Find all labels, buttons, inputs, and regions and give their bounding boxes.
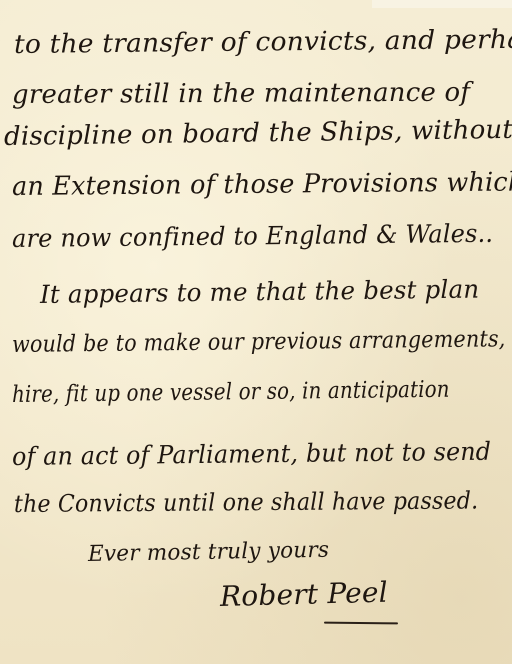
letter-line-10: the Convicts until one shall have passed…: [14, 486, 478, 518]
letter-line-7: would be to make our previous arrangemen…: [12, 326, 506, 358]
letter-line-2: greater still in the maintenance of: [12, 78, 470, 110]
letter-page: to the transfer of convicts, and perhaps…: [0, 0, 512, 664]
signature-underline: [324, 622, 398, 625]
letter-line-3: discipline on board the Ships, without: [4, 115, 512, 152]
letter-line-6: It appears to me that the best plan: [40, 275, 480, 309]
letter-line-9: of an act of Parliament, but not to send: [12, 437, 491, 471]
letter-closing: Ever most truly yours: [88, 538, 330, 567]
letter-line-1: to the transfer of convicts, and perhaps: [14, 24, 512, 60]
letter-line-8: hire, fit up one vessel or so, in antici…: [12, 377, 450, 408]
letter-line-4: an Extension of those Provisions which: [12, 167, 512, 202]
signature: Robert Peel: [220, 576, 389, 613]
letter-line-5: are now confined to England & Wales..: [12, 219, 493, 253]
